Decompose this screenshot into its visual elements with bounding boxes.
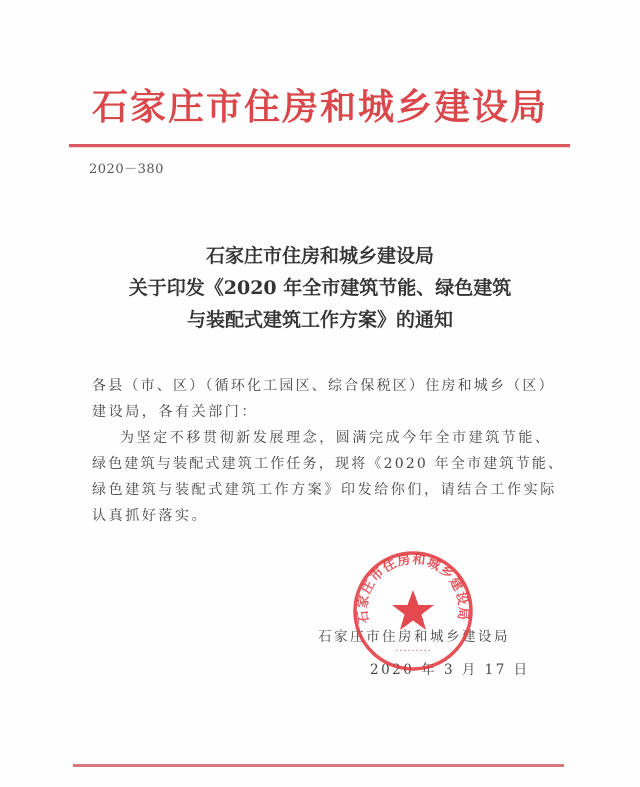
signature-organization: 石家庄市住房和城乡建设局 [318, 625, 510, 645]
document-body: 各县（市、区）（循环化工园区、综合保税区）住房和城乡（区） 建设局，各有关部门：… [92, 373, 562, 529]
addressee-line: 各县（市、区）（循环化工园区、综合保税区）住房和城乡（区） [92, 373, 562, 399]
svg-text:• • • • • • • • •: • • • • • • • • • [395, 649, 430, 654]
masthead-title: 石家庄市住房和城乡建设局 [0, 84, 640, 130]
addressee-line: 建设局，各有关部门： [92, 399, 562, 425]
official-seal-star-icon: 石家庄市住房和城乡建设局 • • • • • • • • • [350, 548, 476, 674]
body-line: 绿色建筑与装配式建筑工作任务，现将《2020 年全市建筑节能、 [92, 451, 562, 477]
document-number: 2020－380 [89, 158, 164, 177]
document-title: 石家庄市住房和城乡建设局 关于印发《2020 年全市建筑节能、绿色建筑 与装配式… [0, 240, 640, 336]
title-line: 关于印发《2020 年全市建筑节能、绿色建筑 [0, 272, 640, 304]
body-line: 为坚定不移贯彻新发展理念，圆满完成今年全市建筑节能、 [92, 425, 562, 451]
body-line: 认真抓好落实。 [92, 503, 562, 529]
body-line: 绿色建筑与装配式建筑工作方案》印发给你们，请结合工作实际 [92, 477, 562, 503]
masthead-red-rule [69, 144, 570, 147]
footer-red-rule [73, 764, 564, 767]
document-page: 石家庄市住房和城乡建设局 2020－380 石家庄市住房和城乡建设局 关于印发《… [0, 0, 640, 787]
title-line: 与装配式建筑工作方案》的通知 [0, 304, 640, 336]
signature-date: 2020 年 3 月 17 日 [370, 658, 530, 678]
svg-text:石家庄市住房和城乡建设局: 石家庄市住房和城乡建设局 [355, 551, 471, 624]
title-line: 石家庄市住房和城乡建设局 [0, 240, 640, 272]
